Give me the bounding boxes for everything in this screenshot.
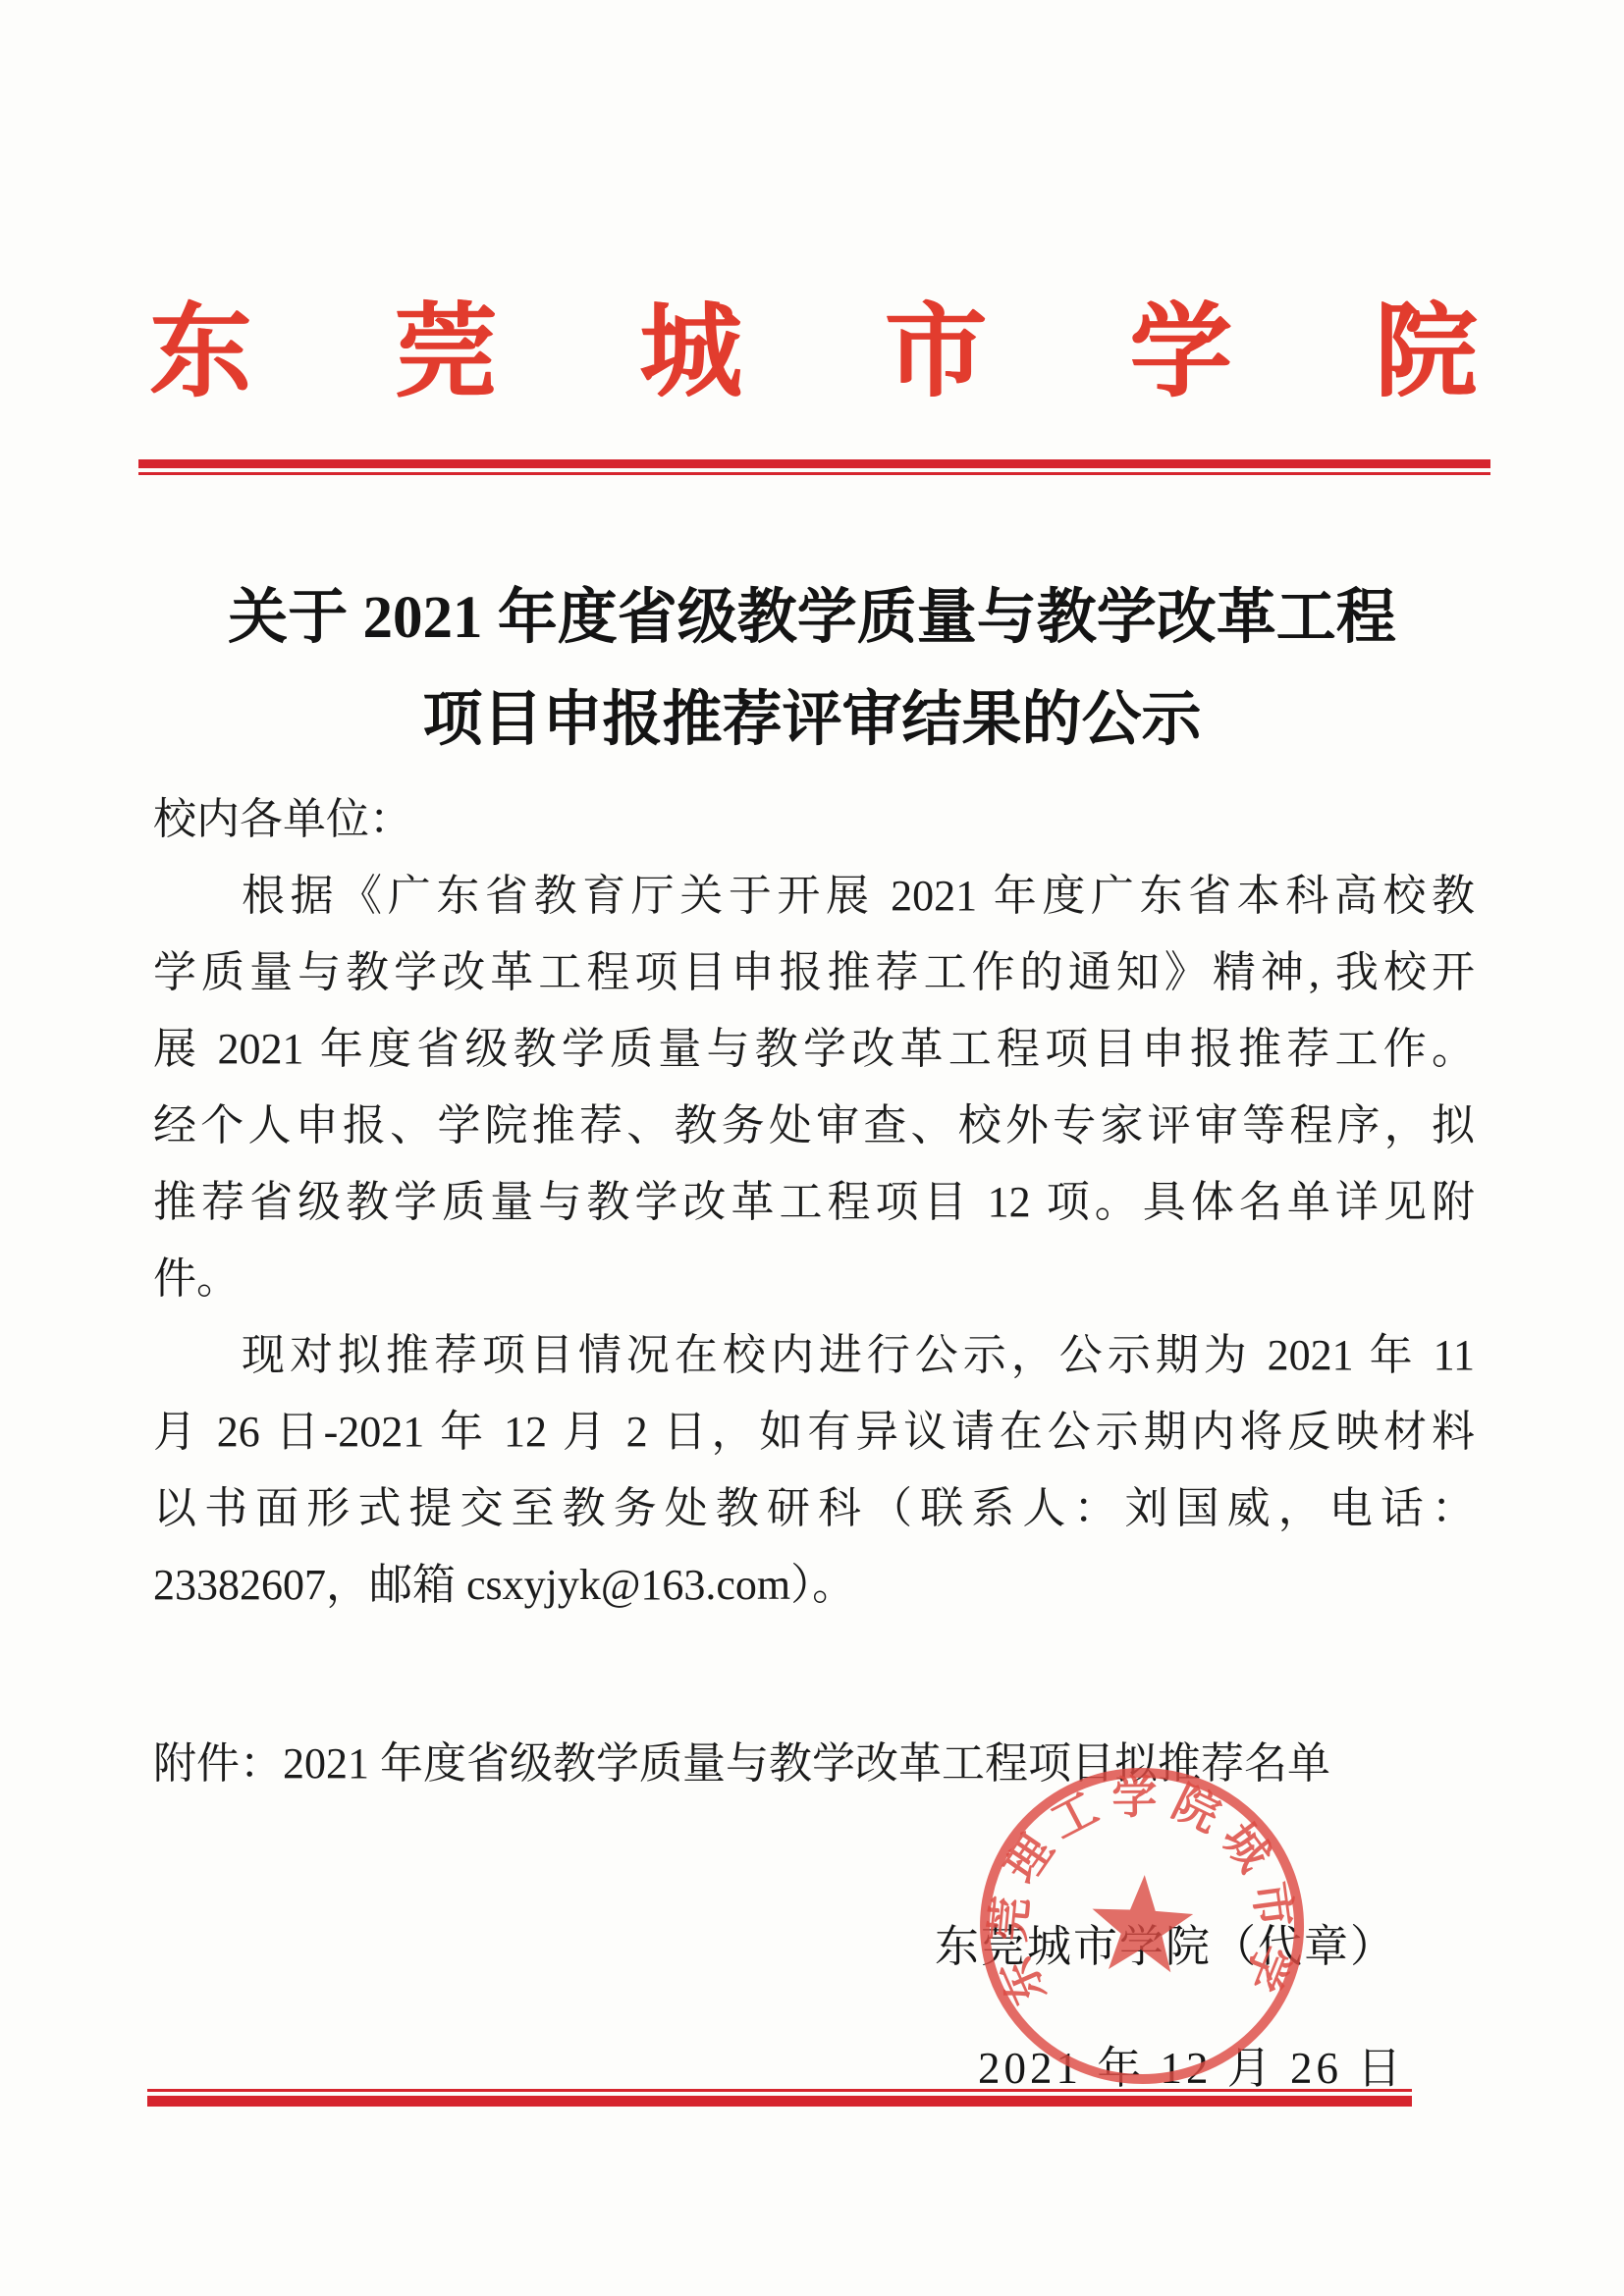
body-line: 展 2021 年度省级教学质量与教学改革工程项目申报推荐工作。: [153, 1011, 1475, 1088]
letterhead-char: 东: [149, 302, 251, 404]
body-line: 经个人申报、学院推荐、教务处审查、校外专家评审等程序，拟: [153, 1088, 1475, 1164]
official-seal: 东莞理工学院城市学院: [964, 1754, 1319, 2100]
seal-star-icon: [1089, 1872, 1195, 1973]
greeting-line: 校内各单位：: [153, 781, 1475, 858]
body-line: 以书面形式提交至教务处教研科（联系人：刘国威，电话：: [153, 1470, 1475, 1547]
title-line-2: 项目申报推荐评审结果的公示: [0, 669, 1624, 772]
letterhead-char: 城: [639, 302, 741, 404]
letterhead: 东 莞 城 市 学 院: [149, 302, 1477, 404]
document-title: 关于 2021 年度省级教学质量与教学改革工程 项目申报推荐评审结果的公示: [0, 567, 1624, 772]
letterhead-char: 院: [1375, 302, 1477, 404]
letterhead-char: 市: [885, 302, 987, 404]
body-line: 现对拟推荐项目情况在校内进行公示，公示期为 2021 年 11: [153, 1317, 1475, 1394]
document-body: 校内各单位： 根据《广东省教育厅关于开展 2021 年度广东省本科高校教 学质量…: [153, 781, 1475, 1624]
letterhead-rule: [138, 459, 1490, 475]
body-line: 根据《广东省教育厅关于开展 2021 年度广东省本科高校教: [153, 858, 1475, 934]
body-line: 23382607，邮箱 csxyjyk@163.com）。: [153, 1547, 1475, 1624]
body-line: 件。: [153, 1241, 1475, 1317]
document-page: 东 莞 城 市 学 院 关于 2021 年度省级教学质量与教学改革工程 项目申报…: [0, 0, 1624, 2296]
letterhead-char: 莞: [395, 302, 497, 404]
body-line: 推荐省级教学质量与教学改革工程项目 12 项。具体名单详见附: [153, 1164, 1475, 1241]
rule-thick-line: [147, 2096, 1412, 2107]
rule-thin-line: [138, 472, 1490, 475]
footer-rule: [147, 2089, 1412, 2107]
body-line: 月 26 日-2021 年 12 月 2 日，如有异议请在公示期内将反映材料: [153, 1394, 1475, 1470]
body-line: 学质量与教学改革工程项目申报推荐工作的通知》精神, 我校开: [153, 934, 1475, 1011]
letterhead-char: 学: [1129, 302, 1231, 404]
rule-thick-line: [138, 459, 1490, 468]
title-line-1: 关于 2021 年度省级教学质量与教学改革工程: [0, 567, 1624, 669]
